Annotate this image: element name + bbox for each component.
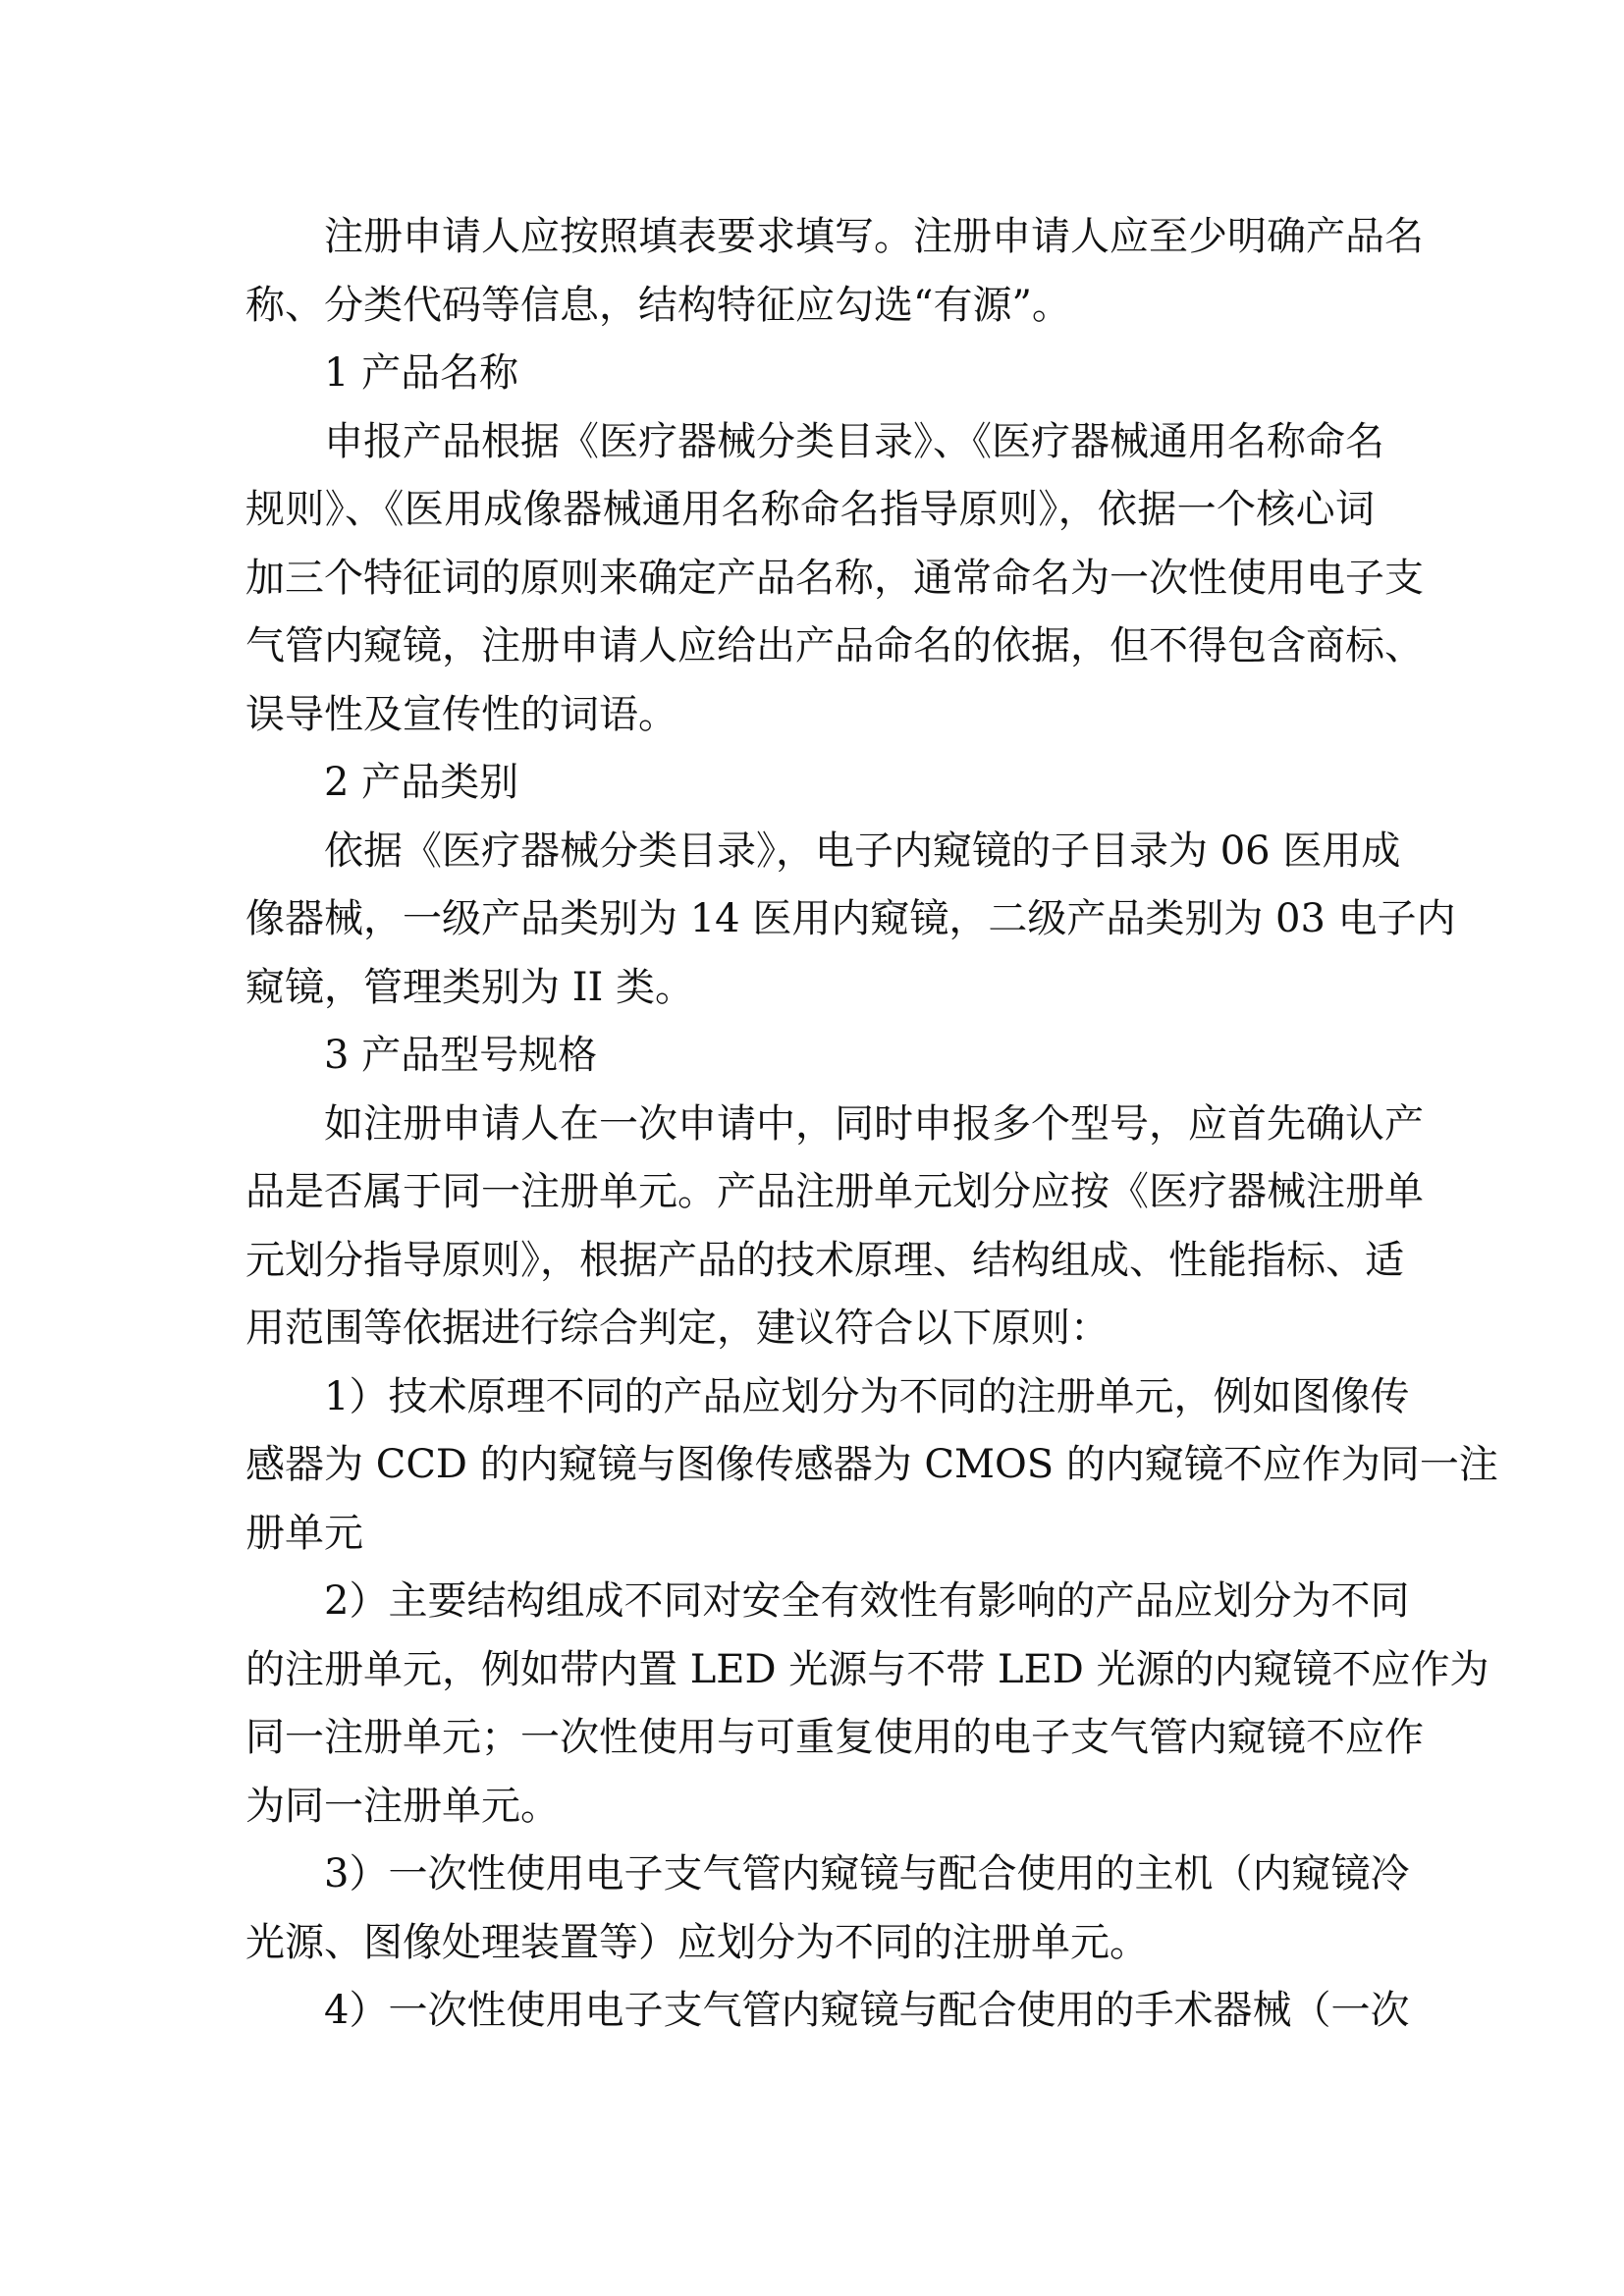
list-item-4-line-1: 4）一次性使用电子支气管内窥镜与配合使用的手术器械（一次 [245, 1977, 1375, 2046]
list-item-1-line-1: 1）技术原理不同的产品应划分为不同的注册单元，例如图像传 [245, 1363, 1375, 1432]
paragraph-product-category-line-1: 依据《医疗器械分类目录》，电子内窥镜的子目录为 06 医用成 [245, 818, 1375, 886]
list-item-2-line-1: 2）主要结构组成不同对安全有效性有影响的产品应划分为不同 [245, 1568, 1375, 1636]
list-item-1-line-2: 感器为 CCD 的内窥镜与图像传感器为 CMOS 的内窥镜不应作为同一注 [245, 1431, 1375, 1500]
paragraph-model-spec-line-2: 品是否属于同一注册单元。产品注册单元划分应按《医疗器械注册单 [245, 1158, 1375, 1227]
paragraph-product-name-line-1: 申报产品根据《医疗器械分类目录》、《医疗器械通用名称命名 [245, 408, 1375, 477]
paragraph-intro-line-2: 称、分类代码等信息，结构特征应勾选“有源”。 [245, 272, 1375, 341]
list-item-2-line-3: 同一注册单元；一次性使用与可重复使用的电子支气管内窥镜不应作 [245, 1704, 1375, 1773]
list-item-1-line-3: 册单元 [245, 1500, 1375, 1569]
paragraph-intro-line-1: 注册申请人应按照填表要求填写。注册申请人应至少明确产品名 [245, 203, 1375, 272]
paragraph-product-name-line-4: 气管内窥镜，注册申请人应给出产品命名的依据，但不得包含商标、 [245, 613, 1375, 681]
paragraph-product-category-line-3: 窥镜，管理类别为 II 类。 [245, 954, 1375, 1023]
document-page: 注册申请人应按照填表要求填写。注册申请人应至少明确产品名 称、分类代码等信息，结… [245, 203, 1375, 2046]
paragraph-model-spec-line-1: 如注册申请人在一次申请中，同时申报多个型号，应首先确认产 [245, 1091, 1375, 1159]
paragraph-product-name-line-5: 误导性及宣传性的词语。 [245, 681, 1375, 750]
paragraph-product-category-line-2: 像器械，一级产品类别为 14 医用内窥镜，二级产品类别为 03 电子内 [245, 885, 1375, 954]
paragraph-product-name-line-2: 规则》、《医用成像器械通用名称命名指导原则》，依据一个核心词 [245, 476, 1375, 545]
section-heading-product-category: 2 产品类别 [245, 749, 1375, 818]
paragraph-model-spec-line-4: 用范围等依据进行综合判定，建议符合以下原则： [245, 1295, 1375, 1363]
section-heading-product-name: 1 产品名称 [245, 340, 1375, 408]
list-item-2-line-2: 的注册单元，例如带内置 LED 光源与不带 LED 光源的内窥镜不应作为 [245, 1636, 1375, 1705]
paragraph-model-spec-line-3: 元划分指导原则》，根据产品的技术原理、结构组成、性能指标、适 [245, 1227, 1375, 1296]
list-item-3-line-2: 光源、图像处理装置等）应划分为不同的注册单元。 [245, 1909, 1375, 1978]
list-item-3-line-1: 3）一次性使用电子支气管内窥镜与配合使用的主机（内窥镜冷 [245, 1841, 1375, 1909]
paragraph-product-name-line-3: 加三个特征词的原则来确定产品名称，通常命名为一次性使用电子支 [245, 545, 1375, 614]
list-item-2-line-4: 为同一注册单元。 [245, 1773, 1375, 1842]
section-heading-model-spec: 3 产品型号规格 [245, 1022, 1375, 1091]
